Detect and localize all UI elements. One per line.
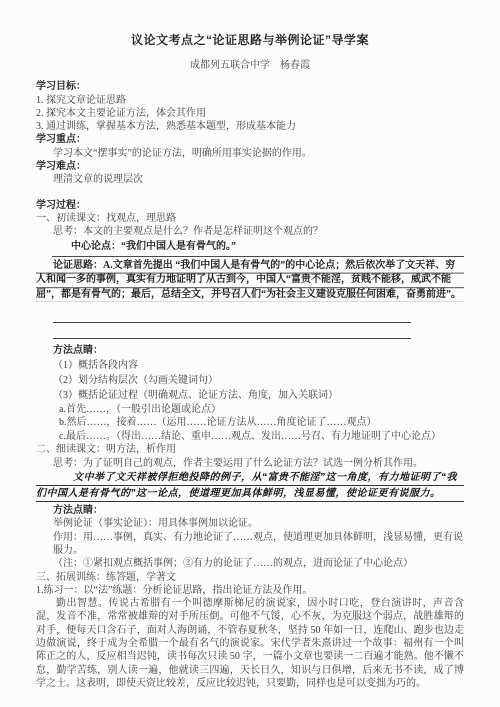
tips1-item-b: b.然后……，接着……（运用……论证方法从……角度论证了……观点） — [36, 416, 464, 430]
tips2-line-1: 举例论证（事实论证）：用具体事例加以论证。 — [36, 517, 464, 530]
page-subtitle: 成都列五联合中学 杨春霞 — [36, 59, 464, 72]
page-title: 议论文考点之“论证思路与举例论证”导学案 — [36, 33, 464, 48]
section3-title: 三、拓展训练：练答题，学著文 — [36, 571, 464, 584]
section3-exercise: 1.练习一：以“法”练题：分析论证思路，指出论证方法及作用。 — [36, 584, 464, 597]
tips2-heading: 方法点睛： — [36, 504, 464, 517]
difficulty-heading: 学习难点： — [36, 160, 464, 173]
tips2-line-3: （注：①紧扣观点概括事例；②有力的论证了……的观点，进而论证了中心论点） — [36, 557, 464, 570]
difficulty-text: 理清文章的说理层次 — [36, 173, 464, 186]
focus-heading: 学习重点： — [36, 133, 464, 146]
section2-think: 思考：为了证明自己的观点，作者主要运用了什么论证方法？试选一例分析其作用。 — [36, 457, 464, 470]
tips1-item-3: （3）概括论证过程（明确观点、论证方法、角度，加入关联词） — [36, 388, 464, 403]
goal-item-1: 1. 探究文章论证思路 — [36, 94, 464, 107]
section1-think: 思考：本文的主要观点是什么？作者是怎样证明这个观点的？ — [36, 225, 464, 238]
tips1-item-c: c.最后……。（得出……结论、重申……观点、发出……号召、有力地证明了中心论点） — [36, 430, 464, 444]
section3-passage: 勤出智慧。传说古希腊有一个叫德摩斯梯尼的演说家，因小时口吃，登台演讲时，声音含混… — [36, 597, 464, 690]
section2-title: 二、细读课文：明方法，析作用 — [36, 443, 464, 456]
process-heading: 学习过程： — [36, 199, 464, 212]
blank-answer-line-2 — [53, 323, 411, 339]
tips1-item-2: （2）划分结构层次（勾画关键词句） — [36, 373, 464, 388]
document-page: 议论文考点之“论证思路与举例论证”导学案 成都列五联合中学 杨春霞 学习目标： … — [0, 0, 500, 707]
tips1-item-1: （1）概括各段内容 — [36, 358, 464, 373]
section2-handwritten-answer: 文中举了文天祥被俘拒绝投降的例子，从“富贵不能淫”这一角度，有力地证明了“我们中… — [36, 470, 464, 502]
section1-title: 一、初读课文：找观点，理思路 — [36, 212, 464, 225]
tips1-heading: 方法点睛： — [36, 344, 464, 357]
goals-heading: 学习目标： — [36, 80, 464, 93]
focus-text: 学习本文“摆事实”的论证方法，明确所用事实论据的作用。 — [36, 147, 464, 160]
section1-thesis-answer: 中心论点：“我们中国人是有骨气的。” — [52, 240, 464, 257]
goal-item-3: 3. 通过训练，掌握基本方法，熟悉基本题型，形成基本能力 — [36, 120, 464, 133]
goal-item-2: 2. 探究本文主要论证方法，体会其作用 — [36, 107, 464, 120]
blank-answer-line-1 — [53, 307, 411, 323]
section1-reasoning-answer: 论证思路：A.文章首先提出 “我们中国人是有骨气的”的中心论点；然后依次举了文天… — [36, 259, 464, 303]
tips1-item-a: a.首先……，（一般引出论题或论点） — [36, 403, 464, 417]
tips2-line-2: 作用：用……事例，真实、有力地论证了……观点，使道理更加具体鲜明，浅显易懂，更有… — [36, 531, 464, 558]
spacer — [36, 187, 464, 199]
